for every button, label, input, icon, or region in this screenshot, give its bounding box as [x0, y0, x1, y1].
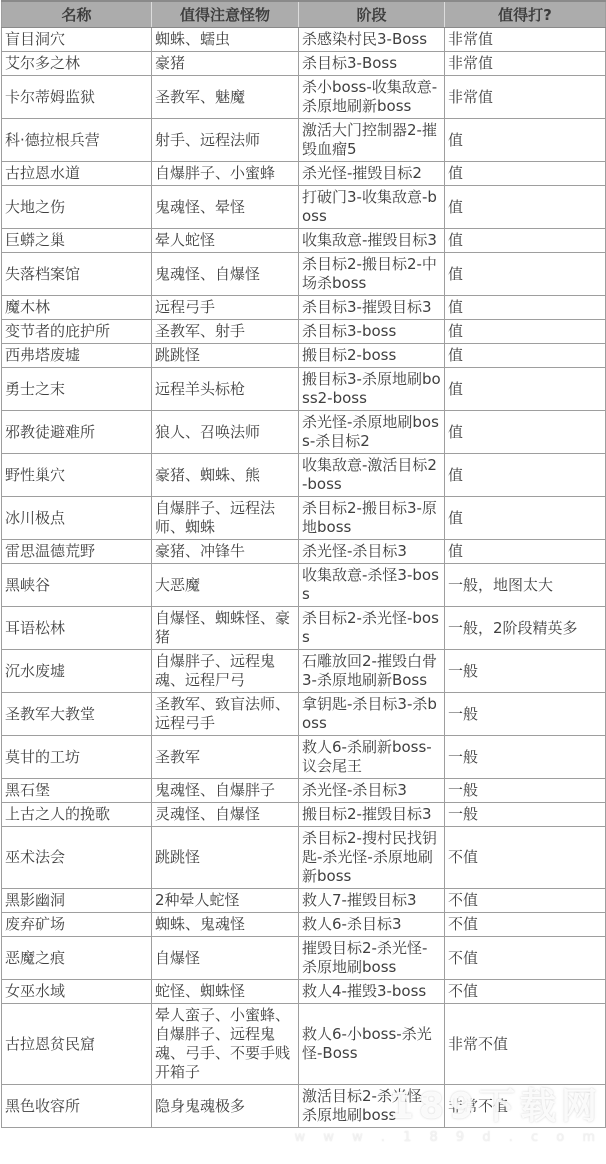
cell-verdict: 值 — [445, 253, 606, 296]
cell-monsters: 2种晕人蛇怪 — [152, 889, 299, 913]
cell-name: 古拉恩水道 — [2, 162, 152, 186]
cell-name: 圣教军大教堂 — [2, 693, 152, 736]
cell-stages: 杀感染村民3-Boss — [299, 28, 445, 52]
cell-name: 恶魔之痕 — [2, 937, 152, 980]
cell-monsters: 自爆胖子、远程法师、蜘蛛 — [152, 497, 299, 540]
cell-verdict: 值 — [445, 229, 606, 253]
table-row: 黑影幽洞2种晕人蛇怪救人7-摧毁目标3不值 — [2, 889, 606, 913]
cell-monsters: 豪猪、冲锋牛 — [152, 540, 299, 564]
header-stages: 阶段 — [299, 1, 445, 28]
cell-stages: 救人4-摧毁3-boss — [299, 980, 445, 1004]
cell-stages: 摧毁目标2-杀光怪-杀原地刷boss — [299, 937, 445, 980]
table-row: 魔木林远程弓手杀目标3-摧毁目标3值 — [2, 296, 606, 320]
cell-stages: 搬目标2-摧毁目标3 — [299, 803, 445, 827]
cell-stages: 收集敌意-激活目标2-boss — [299, 454, 445, 497]
cell-verdict: 不值 — [445, 889, 606, 913]
cell-name: 黑影幽洞 — [2, 889, 152, 913]
cell-verdict: 值 — [445, 497, 606, 540]
watermark-domain: w w w . 1 8 9 d . c o m — [295, 1130, 602, 1146]
cell-verdict: 非常不值 — [445, 1004, 606, 1085]
cell-name: 雷思温德荒野 — [2, 540, 152, 564]
cell-name: 上古之人的挽歌 — [2, 803, 152, 827]
table-body: 盲目洞穴蜘蛛、蠕虫杀感染村民3-Boss非常值艾尔多之林豪猪杀目标3-Boss非… — [2, 28, 606, 1128]
table-row: 西弗塔废墟跳跳怪搬目标2-boss值 — [2, 344, 606, 368]
cell-monsters: 圣教军 — [152, 736, 299, 779]
table-row: 恶魔之痕自爆怪摧毁目标2-杀光怪-杀原地刷boss不值 — [2, 937, 606, 980]
cell-verdict: 值 — [445, 411, 606, 454]
cell-stages: 杀光怪-杀目标3 — [299, 540, 445, 564]
cell-verdict: 一般 — [445, 693, 606, 736]
cell-verdict: 一般 — [445, 650, 606, 693]
cell-stages: 杀目标2-搬目标2-中场杀boss — [299, 253, 445, 296]
cell-monsters: 蛇怪、蜘蛛怪 — [152, 980, 299, 1004]
table-row: 雷思温德荒野豪猪、冲锋牛杀光怪-杀目标3值 — [2, 540, 606, 564]
table-row: 黑石堡鬼魂怪、自爆胖子杀光怪-杀目标3一般 — [2, 779, 606, 803]
cell-stages: 收集敌意-摧毁目标3 — [299, 229, 445, 253]
cell-name: 莫甘的工坊 — [2, 736, 152, 779]
header-verdict: 值得打? — [445, 1, 606, 28]
cell-name: 失落档案馆 — [2, 253, 152, 296]
cell-stages: 救人6-小boss-杀光怪-Boss — [299, 1004, 445, 1085]
cell-monsters: 大恶魔 — [152, 564, 299, 607]
cell-monsters: 跳跳怪 — [152, 344, 299, 368]
cell-verdict: 不值 — [445, 827, 606, 889]
cell-stages: 激活目标2-杀光怪-杀原地刷boss — [299, 1085, 445, 1128]
cell-verdict: 一般 — [445, 736, 606, 779]
cell-verdict: 值 — [445, 368, 606, 411]
cell-verdict: 不值 — [445, 980, 606, 1004]
cell-stages: 杀目标2-搜村民找钥匙-杀光怪-杀原地刷新boss — [299, 827, 445, 889]
cell-monsters: 圣教军、魅魔 — [152, 76, 299, 119]
page: 名称 值得注意怪物 阶段 值得打? 盲目洞穴蜘蛛、蠕虫杀感染村民3-Boss非常… — [0, 0, 606, 1164]
cell-monsters: 自爆胖子、远程鬼魂、远程尸弓 — [152, 650, 299, 693]
cell-monsters: 豪猪 — [152, 52, 299, 76]
cell-name: 大地之伤 — [2, 186, 152, 229]
cell-name: 艾尔多之林 — [2, 52, 152, 76]
table-row: 废弃矿场蜘蛛、鬼魂怪救人6-杀目标3不值 — [2, 913, 606, 937]
cell-stages: 救人6-杀目标3 — [299, 913, 445, 937]
table-row: 巫术法会跳跳怪杀目标2-搜村民找钥匙-杀光怪-杀原地刷新boss不值 — [2, 827, 606, 889]
cell-name: 黑峡谷 — [2, 564, 152, 607]
table-row: 巨蟒之巢晕人蛇怪收集敌意-摧毁目标3值 — [2, 229, 606, 253]
cell-name: 黑石堡 — [2, 779, 152, 803]
table-row: 沉水废墟自爆胖子、远程鬼魂、远程尸弓石雕放回2-摧毁白骨3-杀原地刷新Boss一… — [2, 650, 606, 693]
cell-monsters: 狼人、召唤法师 — [152, 411, 299, 454]
cell-name: 卡尔蒂姆监狱 — [2, 76, 152, 119]
cell-monsters: 灵魂怪、自爆怪 — [152, 803, 299, 827]
cell-name: 魔木林 — [2, 296, 152, 320]
cell-name: 巫术法会 — [2, 827, 152, 889]
cell-stages: 石雕放回2-摧毁白骨3-杀原地刷新Boss — [299, 650, 445, 693]
table-row: 古拉恩贫民窟晕人蛮子、小蜜蜂、自爆胖子、远程鬼魂、弓手、不要手贱开箱子救人6-小… — [2, 1004, 606, 1085]
cell-monsters: 蜘蛛、蠕虫 — [152, 28, 299, 52]
cell-monsters: 豪猪、蜘蛛、熊 — [152, 454, 299, 497]
table-row: 艾尔多之林豪猪杀目标3-Boss非常值 — [2, 52, 606, 76]
table-row: 古拉恩水道自爆胖子、小蜜蜂杀光怪-摧毁目标2值 — [2, 162, 606, 186]
table-row: 女巫水域蛇怪、蜘蛛怪救人4-摧毁3-boss不值 — [2, 980, 606, 1004]
cell-name: 变节者的庇护所 — [2, 320, 152, 344]
cell-name: 沉水废墟 — [2, 650, 152, 693]
cell-verdict: 值 — [445, 162, 606, 186]
cell-name: 西弗塔废墟 — [2, 344, 152, 368]
table-row: 变节者的庇护所圣教军、射手杀目标3-boss值 — [2, 320, 606, 344]
cell-stages: 杀目标3-Boss — [299, 52, 445, 76]
cell-verdict: 值 — [445, 320, 606, 344]
header-name: 名称 — [2, 1, 152, 28]
cell-verdict: 非常值 — [445, 76, 606, 119]
cell-stages: 激活大门控制器2-摧毁血瘤5 — [299, 119, 445, 162]
cell-monsters: 鬼魂怪、晕怪 — [152, 186, 299, 229]
header-monsters: 值得注意怪物 — [152, 1, 299, 28]
cell-monsters: 鬼魂怪、自爆胖子 — [152, 779, 299, 803]
table-row: 科·德拉根兵营射手、远程法师激活大门控制器2-摧毁血瘤5值 — [2, 119, 606, 162]
cell-monsters: 圣教军、致盲法师、远程弓手 — [152, 693, 299, 736]
cell-stages: 拿钥匙-杀目标3-杀boss — [299, 693, 445, 736]
cell-monsters: 自爆怪 — [152, 937, 299, 980]
table-row: 盲目洞穴蜘蛛、蠕虫杀感染村民3-Boss非常值 — [2, 28, 606, 52]
cell-name: 耳语松林 — [2, 607, 152, 650]
cell-monsters: 自爆胖子、小蜜蜂 — [152, 162, 299, 186]
cell-verdict: 不值 — [445, 913, 606, 937]
table-row: 黑峡谷大恶魔收集敌意-杀怪3-boss一般，地图太大 — [2, 564, 606, 607]
cell-name: 废弃矿场 — [2, 913, 152, 937]
cell-stages: 救人6-杀刷新boss-议会尾王 — [299, 736, 445, 779]
cell-monsters: 自爆怪、蜘蛛怪、豪猪 — [152, 607, 299, 650]
table-row: 耳语松林自爆怪、蜘蛛怪、豪猪杀目标2-杀光怪-boss一般，2阶段精英多 — [2, 607, 606, 650]
table-row: 冰川极点自爆胖子、远程法师、蜘蛛杀目标2-搬目标3-原地boss值 — [2, 497, 606, 540]
table-row: 上古之人的挽歌灵魂怪、自爆怪搬目标2-摧毁目标3一般 — [2, 803, 606, 827]
cell-monsters: 晕人蛮子、小蜜蜂、自爆胖子、远程鬼魂、弓手、不要手贱开箱子 — [152, 1004, 299, 1085]
table-row: 莫甘的工坊圣教军救人6-杀刷新boss-议会尾王一般 — [2, 736, 606, 779]
cell-verdict: 值 — [445, 186, 606, 229]
table-row: 圣教军大教堂圣教军、致盲法师、远程弓手拿钥匙-杀目标3-杀boss一般 — [2, 693, 606, 736]
cell-name: 盲目洞穴 — [2, 28, 152, 52]
cell-verdict: 一般 — [445, 803, 606, 827]
cell-stages: 收集敌意-杀怪3-boss — [299, 564, 445, 607]
cell-monsters: 鬼魂怪、自爆怪 — [152, 253, 299, 296]
cell-stages: 杀目标2-杀光怪-boss — [299, 607, 445, 650]
cell-stages: 杀光怪-摧毁目标2 — [299, 162, 445, 186]
cell-verdict: 非常值 — [445, 52, 606, 76]
cell-verdict: 值 — [445, 119, 606, 162]
table-row: 黑色收容所隐身鬼魂极多激活目标2-杀光怪-杀原地刷boss非常不值 — [2, 1085, 606, 1128]
cell-stages: 救人7-摧毁目标3 — [299, 889, 445, 913]
cell-monsters: 远程羊头标枪 — [152, 368, 299, 411]
cell-stages: 打破门3-收集敌意-boss — [299, 186, 445, 229]
cell-monsters: 远程弓手 — [152, 296, 299, 320]
cell-monsters: 射手、远程法师 — [152, 119, 299, 162]
table-row: 野性巢穴豪猪、蜘蛛、熊收集敌意-激活目标2-boss值 — [2, 454, 606, 497]
table-row: 勇士之末远程羊头标枪搬目标3-杀原地刷boss2-boss值 — [2, 368, 606, 411]
cell-monsters: 蜘蛛、鬼魂怪 — [152, 913, 299, 937]
cell-monsters: 晕人蛇怪 — [152, 229, 299, 253]
cell-name: 古拉恩贫民窟 — [2, 1004, 152, 1085]
cell-stages: 杀小boss-收集敌意-杀原地刷新boss — [299, 76, 445, 119]
cell-verdict: 一般，2阶段精英多 — [445, 607, 606, 650]
cell-verdict: 值 — [445, 454, 606, 497]
cell-monsters: 隐身鬼魂极多 — [152, 1085, 299, 1128]
cell-name: 科·德拉根兵营 — [2, 119, 152, 162]
dungeon-guide-table: 名称 值得注意怪物 阶段 值得打? 盲目洞穴蜘蛛、蠕虫杀感染村民3-Boss非常… — [1, 0, 606, 1128]
cell-verdict: 一般，地图太大 — [445, 564, 606, 607]
cell-name: 冰川极点 — [2, 497, 152, 540]
cell-verdict: 值 — [445, 540, 606, 564]
cell-verdict: 一般 — [445, 779, 606, 803]
cell-stages: 杀目标3-摧毁目标3 — [299, 296, 445, 320]
table-header: 名称 值得注意怪物 阶段 值得打? — [2, 1, 606, 28]
cell-stages: 杀目标2-搬目标3-原地boss — [299, 497, 445, 540]
table-row: 卡尔蒂姆监狱圣教军、魅魔杀小boss-收集敌意-杀原地刷新boss非常值 — [2, 76, 606, 119]
cell-verdict: 非常值 — [445, 28, 606, 52]
table-row: 失落档案馆鬼魂怪、自爆怪杀目标2-搬目标2-中场杀boss值 — [2, 253, 606, 296]
cell-name: 勇士之末 — [2, 368, 152, 411]
table-row: 邪教徒避难所狼人、召唤法师杀光怪-杀原地刷boss-杀目标2值 — [2, 411, 606, 454]
header-row: 名称 值得注意怪物 阶段 值得打? — [2, 1, 606, 28]
cell-monsters: 圣教军、射手 — [152, 320, 299, 344]
cell-verdict: 不值 — [445, 937, 606, 980]
cell-stages: 搬目标2-boss — [299, 344, 445, 368]
cell-name: 女巫水域 — [2, 980, 152, 1004]
cell-verdict: 值 — [445, 344, 606, 368]
table-row: 大地之伤鬼魂怪、晕怪打破门3-收集敌意-boss值 — [2, 186, 606, 229]
cell-verdict: 非常不值 — [445, 1085, 606, 1128]
cell-monsters: 跳跳怪 — [152, 827, 299, 889]
cell-name: 黑色收容所 — [2, 1085, 152, 1128]
cell-stages: 杀目标3-boss — [299, 320, 445, 344]
cell-name: 邪教徒避难所 — [2, 411, 152, 454]
cell-name: 野性巢穴 — [2, 454, 152, 497]
cell-stages: 搬目标3-杀原地刷boss2-boss — [299, 368, 445, 411]
cell-stages: 杀光怪-杀原地刷boss-杀目标2 — [299, 411, 445, 454]
cell-verdict: 值 — [445, 296, 606, 320]
cell-name: 巨蟒之巢 — [2, 229, 152, 253]
cell-stages: 杀光怪-杀目标3 — [299, 779, 445, 803]
